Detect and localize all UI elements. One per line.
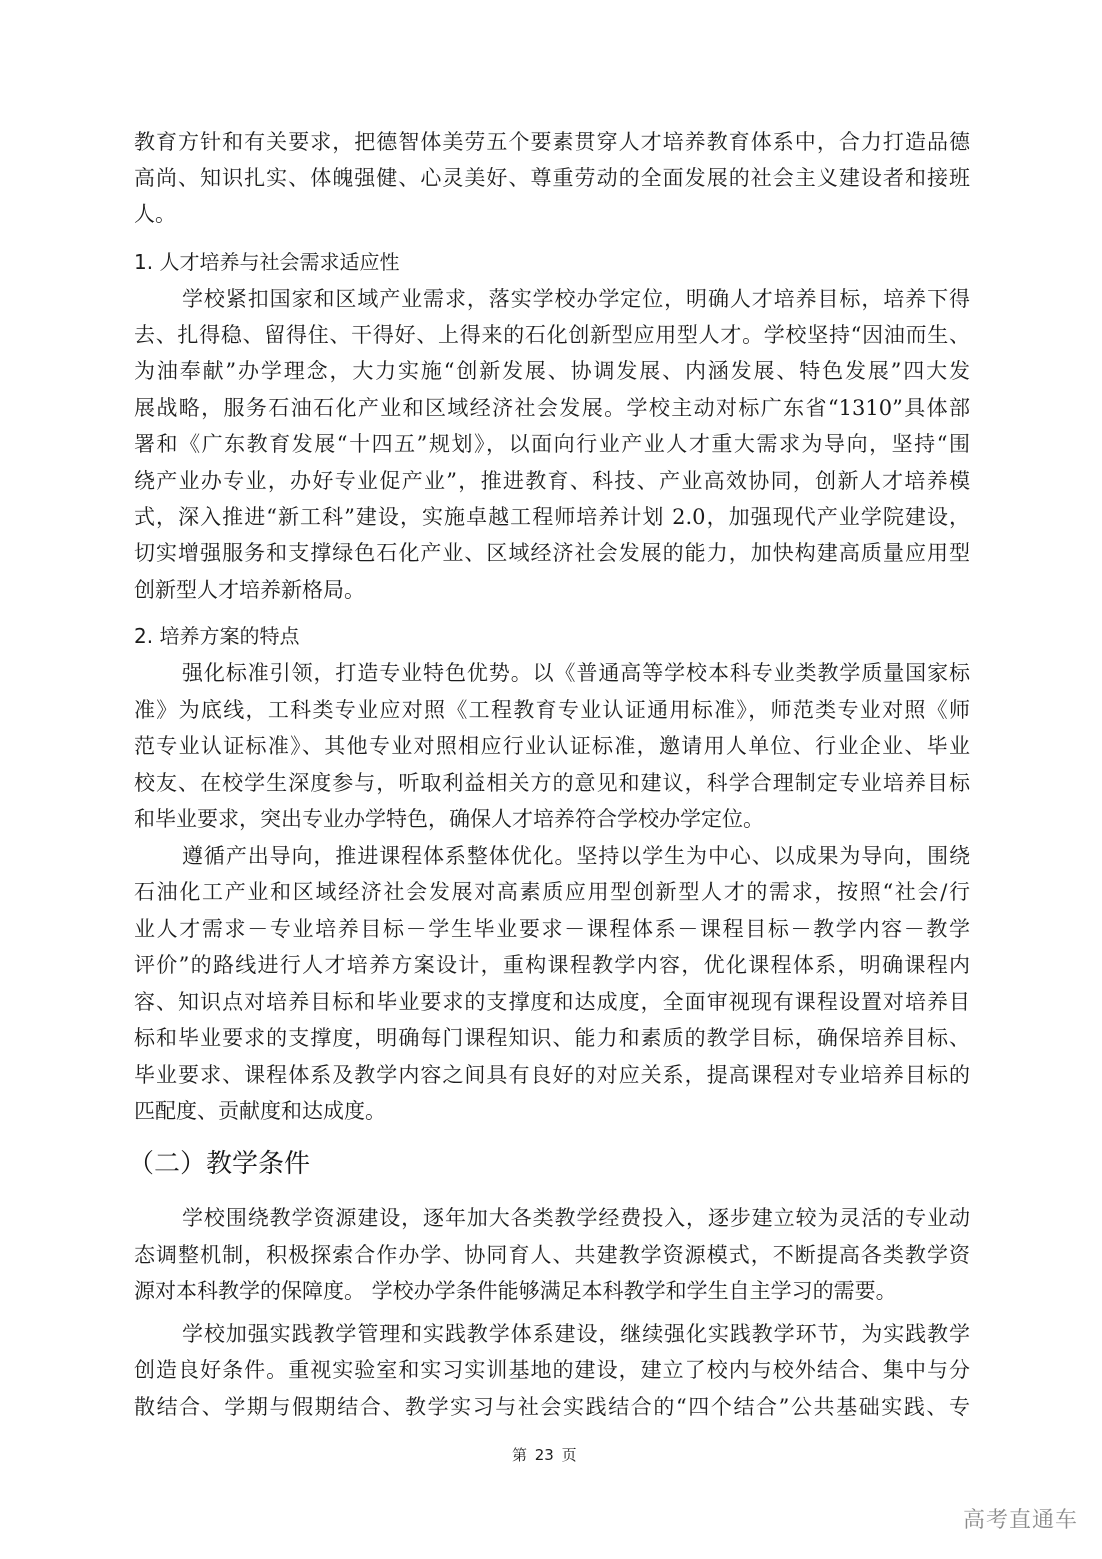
paragraph-line: 石油化工产业和区域经济社会发展对高素质应用型创新型人才的需求，按照“社会/行: [134, 877, 970, 907]
paragraph-line: 署和《广东教育发展“十四五”规划》，以面向行业产业人才重大需求为导向，坚持“围: [134, 429, 970, 459]
paragraph-line: 毕业要求、课程体系及教学内容之间具有良好的对应关系，提高课程对专业培养目标的: [134, 1060, 970, 1090]
paragraph-line: 为油奉献”办学理念，大力实施“创新发展、协调发展、内涵发展、特色发展”四大发: [134, 356, 970, 386]
paragraph-line: 学校紧扣国家和区域产业需求，落实学校办学定位，明确人才培养目标，培养下得: [182, 284, 970, 314]
document-page: 教育方针和有关要求，把德智体美劳五个要素贯穿人才培养教育体系中，合力打造品德 高…: [0, 0, 1102, 1559]
paragraph-line: 和毕业要求，突出专业办学特色，确保人才培养符合学校办学定位。: [134, 804, 970, 834]
paragraph-line: 强化标准引领，打造专业特色优势。以《普通高等学校本科专业类教学质量国家标: [182, 658, 970, 688]
paragraph-line: 学校围绕教学资源建设，逐年加大各类教学经费投入，逐步建立较为灵活的专业动: [182, 1203, 970, 1233]
paragraph-line: 创造良好条件。重视实验室和实习实训基地的建设，建立了校内与校外结合、集中与分: [134, 1355, 970, 1385]
paragraph-line: 准》为底线，工科类专业应对照《工程教育专业认证通用标准》，师范类专业对照《师: [134, 695, 970, 725]
paragraph-line: 绕产业办专业，办好专业促产业”，推进教育、科技、产业高效协同，创新人才培养模: [134, 466, 970, 496]
intro-line: 人。: [134, 199, 970, 229]
paragraph-line: 散结合、学期与假期结合、教学实习与社会实践结合的“四个结合”公共基础实践、专: [134, 1392, 970, 1422]
intro-line: 高尚、知识扎实、体魄强健、心灵美好、尊重劳动的全面发展的社会主义建设者和接班: [134, 163, 970, 193]
paragraph-line: 校友、在校学生深度参与，听取利益相关方的意见和建议，科学合理制定专业培养目标: [134, 768, 970, 798]
paragraph-line: 学校加强实践教学管理和实践教学体系建设，继续强化实践教学环节，为实践教学: [182, 1319, 970, 1349]
paragraph-line: 式，深入推进“新工科”建设，实施卓越工程师培养计划 2.0，加强现代产业学院建设…: [134, 502, 970, 532]
watermark: 高考直通车: [963, 1503, 1078, 1534]
section-heading: （二）教学条件: [128, 1146, 310, 1182]
paragraph-line: 容、知识点对培养目标和毕业要求的支撑度和达成度，全面审视现有课程设置对培养目: [134, 987, 970, 1017]
paragraph-line: 态调整机制，积极探索合作办学、协同育人、共建教学资源模式，不断提高各类教学资: [134, 1240, 970, 1270]
subsection-heading-1: 1. 人才培养与社会需求适应性: [134, 247, 399, 277]
paragraph-line: 范专业认证标准》、其他专业对照相应行业认证标准，邀请用人单位、行业企业、毕业: [134, 731, 970, 761]
paragraph-line: 去、扎得稳、留得住、干得好、上得来的石化创新型应用型人才。学校坚持“因油而生、: [134, 320, 970, 350]
paragraph-line: 遵循产出导向，推进课程体系整体优化。坚持以学生为中心、以成果为导向，围绕: [182, 841, 970, 871]
intro-line: 教育方针和有关要求，把德智体美劳五个要素贯穿人才培养教育体系中，合力打造品德: [134, 127, 970, 157]
subsection-heading-2: 2. 培养方案的特点: [134, 621, 299, 651]
page-number: 第 23 页: [512, 1444, 577, 1465]
paragraph-line: 源对本科教学的保障度。 学校办学条件能够满足本科教学和学生自主学习的需要。: [134, 1276, 970, 1306]
paragraph-line: 业人才需求－专业培养目标－学生毕业要求－课程体系－课程目标－教学内容－教学: [134, 914, 970, 944]
paragraph-line: 切实增强服务和支撑绿色石化产业、区域经济社会发展的能力，加快构建高质量应用型: [134, 538, 970, 568]
paragraph-line: 展战略，服务石油石化产业和区域经济社会发展。学校主动对标广东省“1310”具体部: [134, 393, 970, 423]
paragraph-line: 创新型人才培养新格局。: [134, 575, 970, 605]
paragraph-line: 匹配度、贡献度和达成度。: [134, 1096, 970, 1126]
paragraph-line: 标和毕业要求的支撑度，明确每门课程知识、能力和素质的教学目标，确保培养目标、: [134, 1023, 970, 1053]
paragraph-line: 评价”的路线进行人才培养方案设计，重构课程教学内容，优化课程体系，明确课程内: [134, 950, 970, 980]
